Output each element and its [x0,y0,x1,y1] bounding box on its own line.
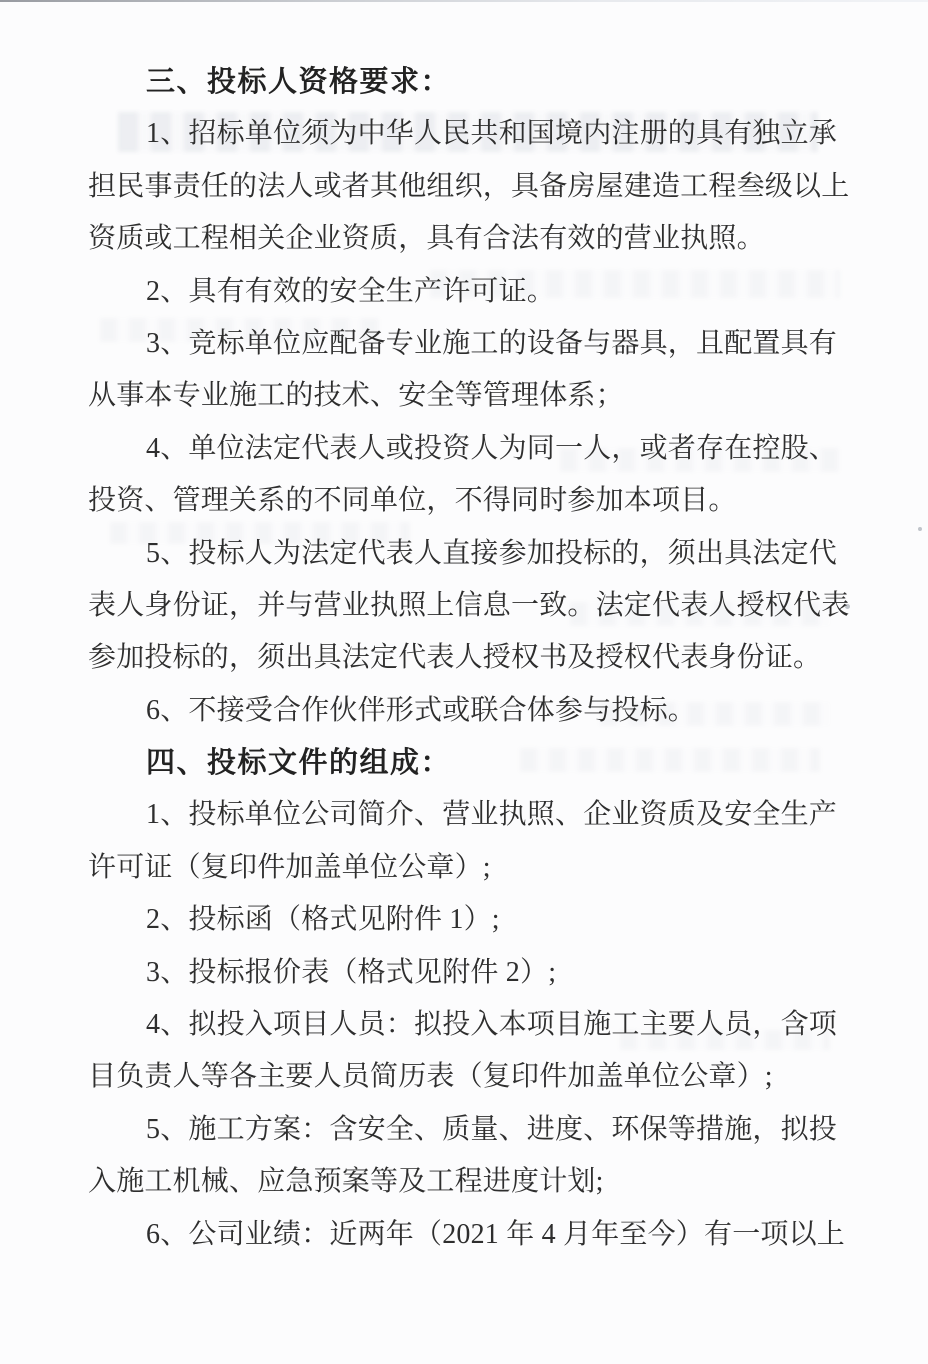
text-line: 许可证（复印件加盖单位公章）; [88,842,858,894]
section-heading-bidder-qualifications: 三、投标人资格要求： [88,56,858,108]
text-line: 参加投标的，须出具法定代表人授权书及授权代表身份证。 [88,632,858,684]
text-line: 4、拟投入项目人员：拟投入本项目施工主要人员，含项 [88,999,858,1051]
text-line: 4、单位法定代表人或投资人为同一人，或者存在控股、 [88,423,858,475]
text-line: 2、投标函（格式见附件 1）; [88,894,858,946]
text-line: 资质或工程相关企业资质，具有合法有效的营业执照。 [88,213,858,265]
scan-edge-artifact [0,0,928,2]
text-line: 2、具有有效的安全生产许可证。 [88,266,858,318]
text-line: 5、施工方案：含安全、质量、进度、环保等措施，拟投 [88,1104,858,1156]
text-line: 担民事责任的法人或者其他组织，具备房屋建造工程叁级以上 [88,161,858,213]
text-line: 6、不接受合作伙伴形式或联合体参与投标。 [88,685,858,737]
text-line: 3、投标报价表（格式见附件 2）; [88,947,858,999]
section-heading-bid-document-composition: 四、投标文件的组成： [88,737,858,789]
text-line: 1、招标单位须为中华人民共和国境内注册的具有独立承 [88,108,858,160]
text-line: 1、投标单位公司简介、营业执照、企业资质及安全生产 [88,789,858,841]
text-line: 6、公司业绩：近两年（2021 年 4 月年至今）有一项以上 [88,1209,858,1261]
document-body: 三、投标人资格要求： 1、招标单位须为中华人民共和国境内注册的具有独立承 担民事… [88,56,858,1261]
text-line: 目负责人等各主要人员简历表（复印件加盖单位公章）; [88,1051,858,1103]
text-line: 5、投标人为法定代表人直接参加投标的，须出具法定代 [88,528,858,580]
text-line: 投资、管理关系的不同单位，不得同时参加本项目。 [88,475,858,527]
document-page: 三、投标人资格要求： 1、招标单位须为中华人民共和国境内注册的具有独立承 担民事… [0,0,928,1364]
scan-speck [918,527,922,531]
text-line: 3、竞标单位应配备专业施工的设备与器具，且配置具有 [88,318,858,370]
text-line: 表人身份证，并与营业执照上信息一致。法定代表人授权代表 [88,580,858,632]
text-line: 入施工机械、应急预案等及工程进度计划; [88,1156,858,1208]
text-line: 从事本专业施工的技术、安全等管理体系； [88,370,858,422]
